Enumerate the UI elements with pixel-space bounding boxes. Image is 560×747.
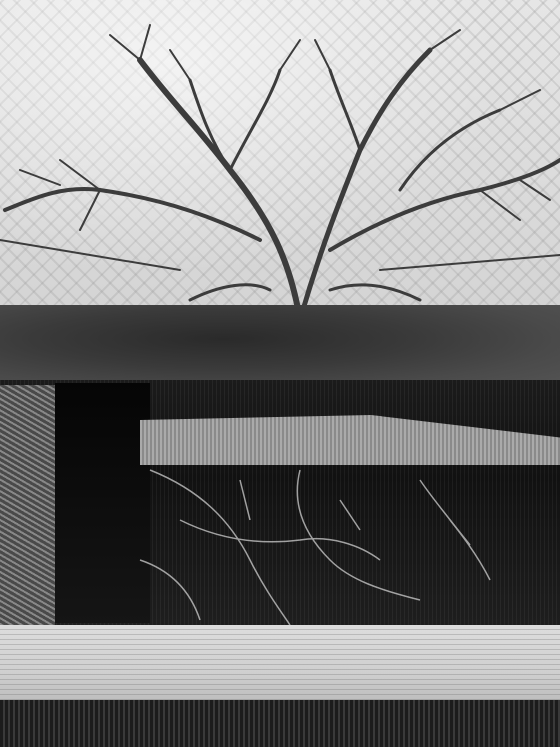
- artwork-canvas: [0, 0, 560, 747]
- bottom-dark-band: [0, 700, 560, 747]
- light-ground-strip: [0, 625, 560, 705]
